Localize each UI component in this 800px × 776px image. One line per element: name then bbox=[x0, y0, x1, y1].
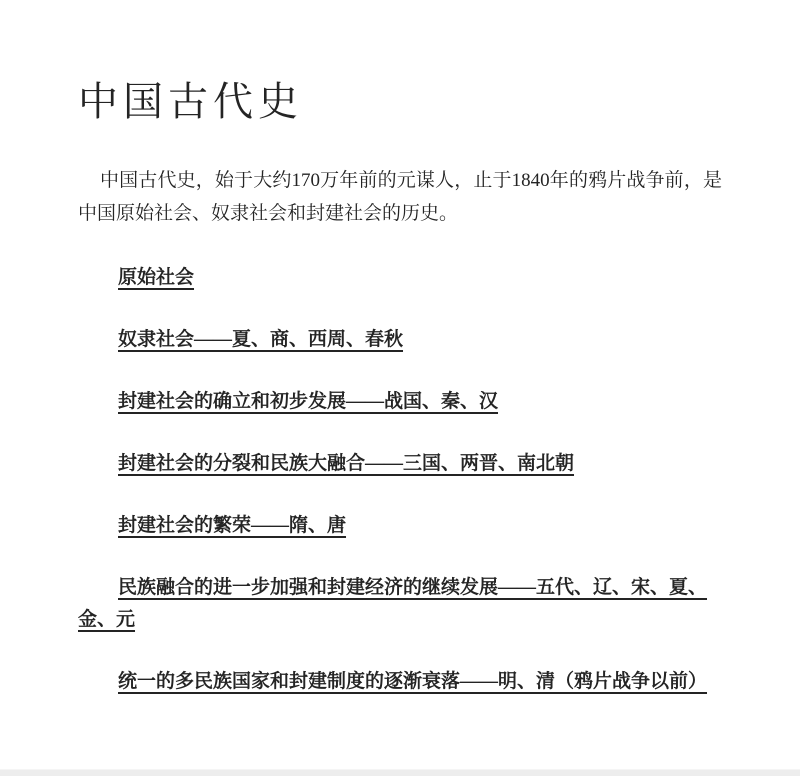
page-title: 中国古代史 bbox=[78, 0, 722, 128]
intro-paragraph: 中国古代史，始于大约170万年前的元谋人，止于1840年的鸦片战争前，是中国原始… bbox=[78, 164, 722, 230]
document-content: 中国古代史 中国古代史，始于大约170万年前的元谋人，止于1840年的鸦片战争前… bbox=[78, 0, 722, 698]
section-link[interactable]: 奴隶社会——夏、商、西周、春秋 bbox=[78, 324, 722, 356]
bottom-edge-strip bbox=[0, 769, 800, 776]
section-link[interactable]: 原始社会 bbox=[78, 262, 722, 294]
document-page: 中国古代史 中国古代史，始于大约170万年前的元谋人，止于1840年的鸦片战争前… bbox=[0, 0, 800, 776]
section-link-list: 原始社会奴隶社会——夏、商、西周、春秋封建社会的确立和初步发展——战国、秦、汉封… bbox=[78, 262, 722, 698]
section-link[interactable]: 民族融合的进一步加强和封建经济的继续发展——五代、辽、宋、夏、金、元 bbox=[78, 572, 722, 636]
section-link[interactable]: 封建社会的分裂和民族大融合——三国、两晋、南北朝 bbox=[78, 448, 722, 480]
section-link[interactable]: 封建社会的繁荣——隋、唐 bbox=[78, 510, 722, 542]
section-link[interactable]: 封建社会的确立和初步发展——战国、秦、汉 bbox=[78, 386, 722, 418]
section-link[interactable]: 统一的多民族国家和封建制度的逐渐衰落——明、清（鸦片战争以前） bbox=[78, 666, 722, 698]
